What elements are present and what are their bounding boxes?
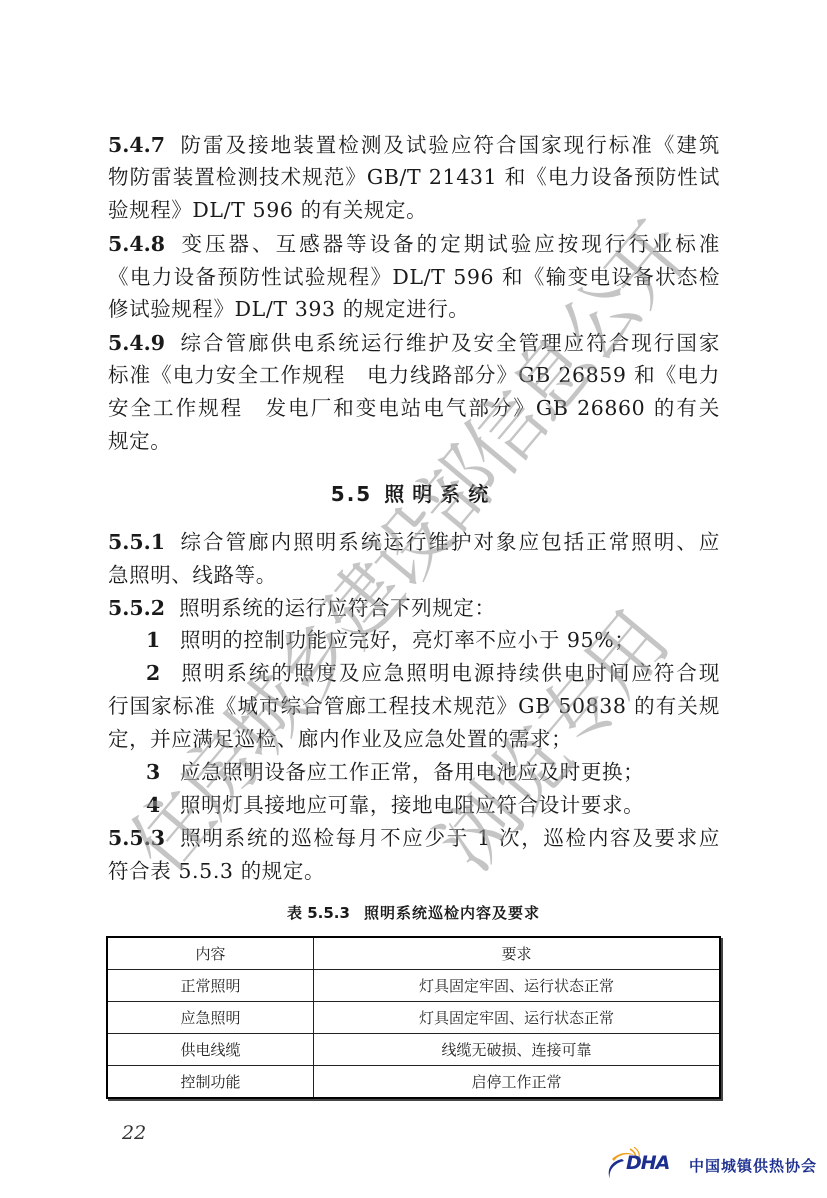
section-heading: 5.5照明系统 (0, 478, 827, 507)
cell-requirement: 灯具固定牢固、运行状态正常 (314, 1002, 721, 1034)
header-content: 内容 (107, 937, 314, 970)
document-page: 5.4.7防雷及接地装置检测及试验应符合国家现行标准《建筑 物防雷装置检测技术规… (0, 0, 827, 1198)
cell-content: 控制功能 (107, 1066, 314, 1099)
section-title: 照明系统 (384, 482, 496, 506)
clause-5-4-9-line-4: 规定。 (108, 426, 720, 456)
clause-5-5-2-item-2-line-2: 行国家标准《城市综合管廊工程技术规范》GB 50838 的有关规 (108, 691, 720, 721)
table-caption: 表 5.5.3照明系统巡检内容及要求 (0, 902, 827, 923)
clause-number: 5.5.1 (108, 530, 165, 554)
clause-5-4-9-line-2: 标准《电力安全工作规程 电力线路部分》GB 26859 和《电力 (108, 360, 720, 390)
cell-requirement: 启停工作正常 (314, 1066, 721, 1099)
table-row: 应急照明 灯具固定牢固、运行状态正常 (107, 1002, 720, 1034)
logo-mark: DHA (626, 1152, 669, 1174)
clause-number: 5.4.8 (108, 232, 165, 256)
clause-5-5-2-item-3: 3应急照明设备应工作正常，备用电池应及时更换； (108, 757, 758, 787)
clause-number: 5.5.3 (108, 826, 165, 850)
page-number: 22 (122, 1122, 146, 1144)
table-row: 控制功能 启停工作正常 (107, 1066, 720, 1099)
section-number: 5.5 (331, 482, 372, 506)
cell-content: 正常照明 (107, 970, 314, 1002)
clause-number: 5.4.7 (108, 133, 165, 157)
clause-5-4-7-line-3: 验规程》DL/T 596 的有关规定。 (108, 195, 720, 225)
clause-5-4-8-line-3: 修试验规程》DL/T 393 的规定进行。 (108, 294, 720, 324)
cell-content: 应急照明 (107, 1002, 314, 1034)
clause-5-4-8-line-2: 《电力设备预防性试验规程》DL/T 596 和《输变电设备状态检 (108, 262, 720, 292)
clause-5-5-1-line-1: 5.5.1综合管廊内照明系统运行维护对象应包括正常照明、应 (108, 527, 720, 557)
clause-5-4-9-line-3: 安全工作规程 发电厂和变电站电气部分》GB 26860 的有关 (108, 393, 720, 423)
cell-content: 供电线缆 (107, 1034, 314, 1066)
clause-5-5-3-line-1: 5.5.3照明系统的巡检每月不应少于 1 次，巡检内容及要求应 (108, 823, 720, 853)
logo-org-name: 中国城镇供热协会 (689, 1155, 817, 1176)
cell-requirement: 灯具固定牢固、运行状态正常 (314, 970, 721, 1002)
clause-5-4-7-line-1: 5.4.7防雷及接地装置检测及试验应符合国家现行标准《建筑 (108, 130, 720, 160)
clause-5-5-2-item-2-line-1: 2照明系统的照度及应急照明电源持续供电时间应符合现 (108, 658, 720, 688)
table-title: 照明系统巡检内容及要求 (364, 904, 540, 922)
clause-5-5-3-line-2: 符合表 5.5.3 的规定。 (108, 856, 720, 886)
table-header-row: 内容 要求 (107, 937, 720, 970)
clause-5-5-2-item-2-line-3: 定，并应满足巡检、廊内作业及应急处置的需求； (108, 724, 720, 754)
clause-5-5-2-line-1: 5.5.2照明系统的运行应符合下列规定： (108, 593, 720, 623)
item-number: 4 (146, 790, 180, 820)
cdha-logo: DHA 中国城镇供热协会 (604, 1147, 819, 1183)
clause-5-5-2-item-1: 1照明的控制功能应完好，亮灯率不应小于 95%； (108, 625, 758, 655)
table-number: 表 5.5.3 (287, 904, 350, 922)
clause-number: 5.4.9 (108, 331, 165, 355)
inspection-table: 内容 要求 正常照明 灯具固定牢固、运行状态正常 应急照明 灯具固定牢固、运行状… (106, 936, 721, 1099)
clause-5-5-2-item-4: 4照明灯具接地应可靠，接地电阻应符合设计要求。 (108, 790, 758, 820)
item-number: 1 (146, 625, 180, 655)
table-row: 供电线缆 线缆无破损、连接可靠 (107, 1034, 720, 1066)
cell-requirement: 线缆无破损、连接可靠 (314, 1034, 721, 1066)
clause-5-4-9-line-1: 5.4.9综合管廊供电系统运行维护及安全管理应符合现行国家 (108, 328, 720, 358)
clause-number: 5.5.2 (108, 596, 165, 620)
table-row: 正常照明 灯具固定牢固、运行状态正常 (107, 970, 720, 1002)
clause-5-4-7-line-2: 物防雷装置检测技术规范》GB/T 21431 和《电力设备预防性试 (108, 162, 720, 192)
item-number: 3 (146, 757, 180, 787)
clause-5-5-1-line-2: 急照明、线路等。 (108, 560, 720, 590)
clause-5-4-8-line-1: 5.4.8变压器、互感器等设备的定期试验应按现行行业标准 (108, 229, 720, 259)
item-number: 2 (146, 658, 180, 688)
header-requirement: 要求 (314, 937, 721, 970)
